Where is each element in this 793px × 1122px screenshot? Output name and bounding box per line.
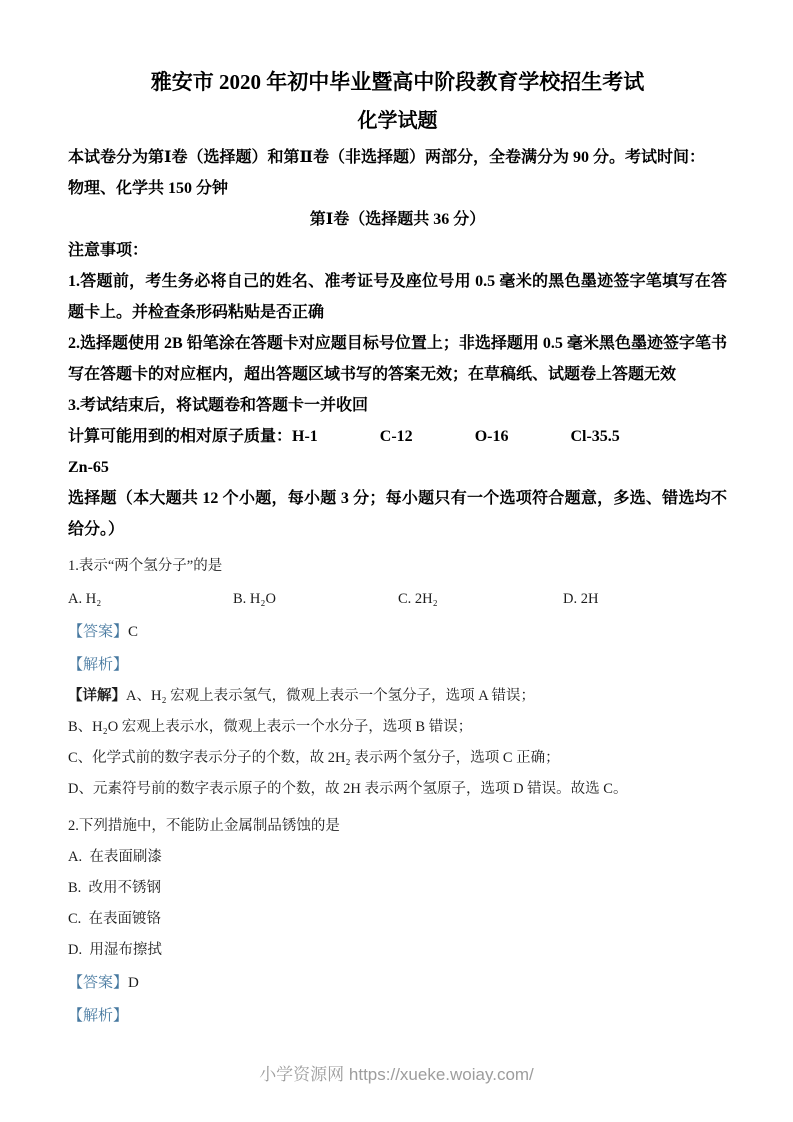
atomic-masses-label: 计算可能用到的相对原子质量： [68, 428, 292, 445]
atomic-mass-zn: Zn-65 [68, 452, 727, 483]
q1-analysis-label: 【解析】 [68, 657, 128, 673]
q1-answer-row: 【答案】C [68, 617, 727, 648]
atomic-masses-line: 计算可能用到的相对原子质量：H-1C-12O-16Cl-35.5 [68, 421, 727, 452]
q2-answer-value: D [128, 975, 139, 991]
note-item-3: 3.考试结束后，将试题卷和答题卡一并收回 [68, 390, 727, 421]
atomic-mass-h: H-1 [292, 421, 318, 452]
footer-watermark: 小学资源网 https://xueke.woiay.com/ [0, 1062, 793, 1088]
question-2-text: 2.下列措施中，不能防止金属制品锈蚀的是 [68, 811, 727, 842]
q1-analysis-row: 【解析】 [68, 650, 727, 681]
q2-analysis-row: 【解析】 [68, 1001, 727, 1032]
q2-answer-row: 【答案】D [68, 968, 727, 999]
q1-option-d: D. 2H [563, 584, 598, 615]
q1-option-c: C. 2H₂ [398, 584, 563, 615]
choice-section-intro: 选择题（本大题共 12 个小题，每小题 3 分；每小题只有一个选项符合题意，多选… [68, 483, 727, 545]
q1-option-b: B. H₂O [233, 584, 398, 615]
page-title: 雅安市 2020 年初中毕业暨高中阶段教育学校招生考试 [68, 66, 727, 98]
q2-analysis-label: 【解析】 [68, 1008, 128, 1024]
section-heading: 第Ⅰ卷（选择题共 36 分） [68, 204, 727, 235]
intro-line-1: 本试卷分为第Ⅰ卷（选择题）和第Ⅱ卷（非选择题）两部分，全卷满分为 90 分。考试… [68, 142, 727, 173]
q2-option-c: C. 在表面镀铬 [68, 904, 727, 935]
q1-detail-line-2: B、H₂O 宏观上表示水，微观上表示一个水分子，选项 B 错误； [68, 712, 727, 743]
notes-title: 注意事项： [68, 235, 727, 266]
atomic-mass-cl: Cl-35.5 [570, 421, 619, 452]
doc-subtitle: 化学试题 [68, 106, 727, 136]
q1-answer-value: C [128, 624, 138, 640]
q1-detail-line-3: C、化学式前的数字表示分子的个数，故 2H₂ 表示两个氢分子，选项 C 正确； [68, 743, 727, 774]
q1-detail-line-4: D、元素符号前的数字表示原子的个数，故 2H 表示两个氢原子，选项 D 错误。故… [68, 774, 727, 805]
q2-option-a: A. 在表面刷漆 [68, 842, 727, 873]
q1-option-a: A. H₂ [68, 584, 233, 615]
atomic-mass-o: O-16 [475, 421, 509, 452]
q1-detail-line-1: 【详解】A、H₂ 宏观上表示氢气，微观上表示一个氢分子，选项 A 错误； [68, 681, 727, 712]
question-1-text: 1.表示“两个氢分子”的是 [68, 551, 727, 582]
q2-option-b: B. 改用不锈钢 [68, 873, 727, 904]
note-item-2: 2.选择题使用 2B 铅笔涂在答题卡对应题目标号位置上；非选择题用 0.5 毫米… [68, 328, 727, 390]
q2-option-d: D. 用湿布擦拭 [68, 935, 727, 966]
q2-answer-label: 【答案】 [68, 975, 128, 991]
question-1-options: A. H₂ B. H₂O C. 2H₂ D. 2H [68, 584, 727, 615]
note-item-1: 1.答题前，考生务必将自己的姓名、准考证号及座位号用 0.5 毫米的黑色墨迹签字… [68, 266, 727, 328]
q1-answer-label: 【答案】 [68, 624, 128, 640]
atomic-mass-c: C-12 [380, 421, 413, 452]
q1-detail-text-a: A、H₂ 宏观上表示氢气，微观上表示一个氢分子，选项 A 错误； [126, 688, 535, 704]
exam-document-page: 雅安市 2020 年初中毕业暨高中阶段教育学校招生考试 化学试题 本试卷分为第Ⅰ… [0, 0, 793, 1122]
q1-detail-label: 【详解】 [68, 688, 126, 704]
intro-line-2: 物理、化学共 150 分钟 [68, 173, 727, 204]
